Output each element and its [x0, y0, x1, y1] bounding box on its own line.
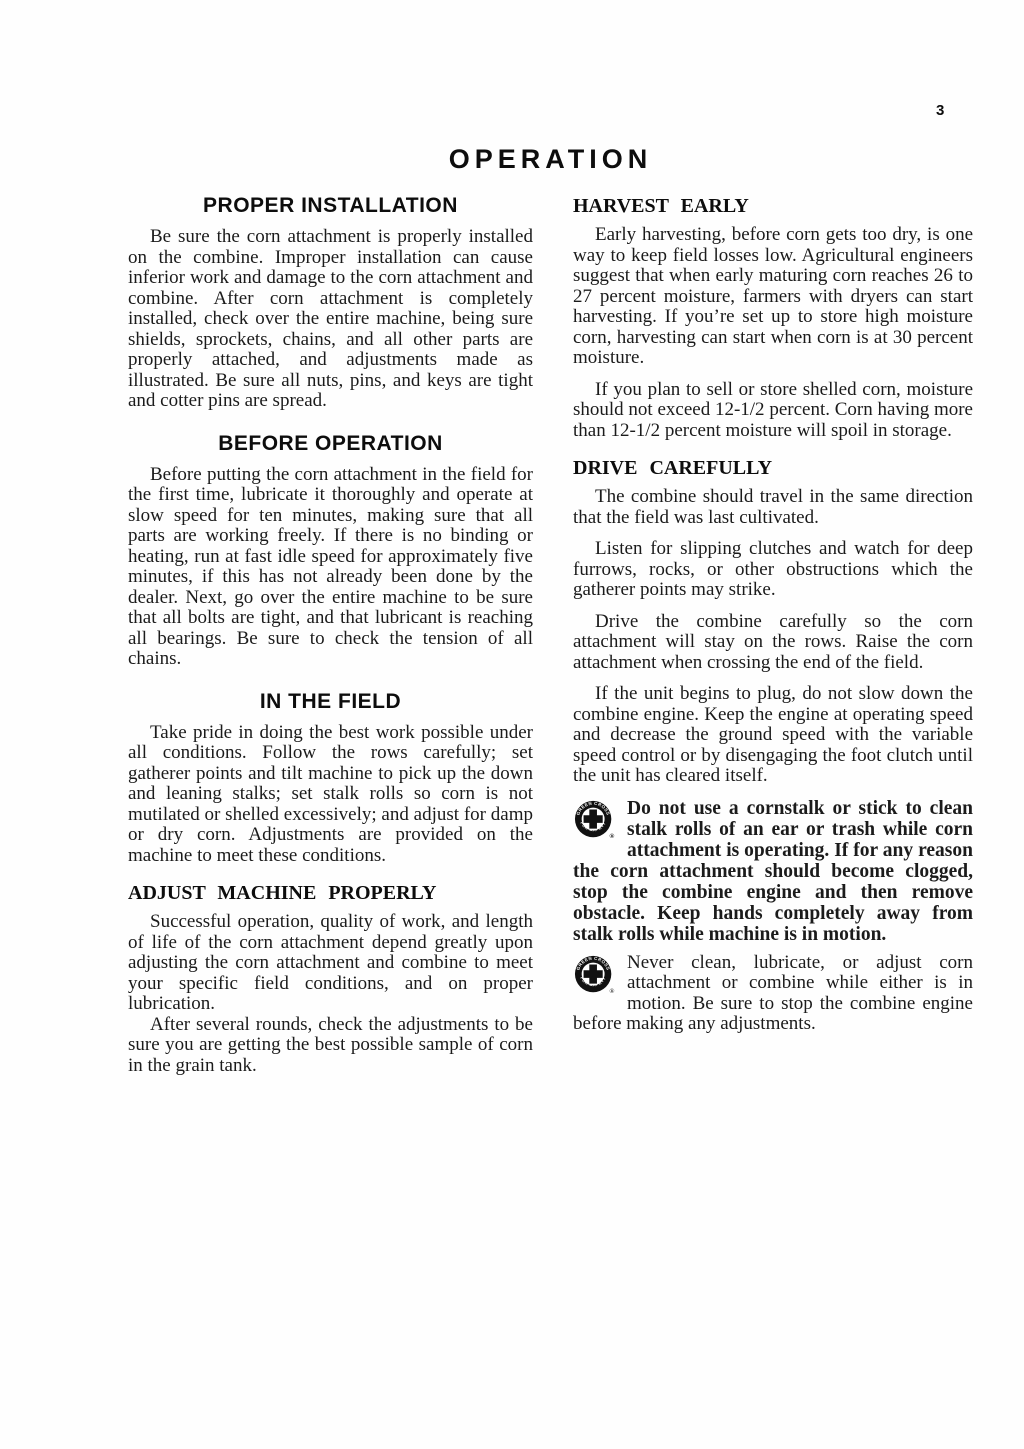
paragraph: If you plan to sell or store shelled cor…	[573, 380, 973, 442]
section-heading-before-operation: BEFORE OPERATION	[128, 432, 533, 456]
paragraph: Early harvesting, before corn gets too d…	[573, 225, 973, 369]
paragraph: Take pride in doing the best work possib…	[128, 723, 533, 867]
right-column: HARVEST EARLY Early harvesting, before c…	[573, 190, 973, 1076]
safety-note: GREEN CROSS FOR SAFETY ® Do not use a co…	[573, 798, 973, 945]
paragraph: After several rounds, check the adjustme…	[128, 1015, 533, 1077]
safety-note: GREEN CROSS FOR SAFETY ® Never clean, lu…	[573, 953, 973, 1035]
section-heading-harvest-early: HARVEST EARLY	[573, 195, 973, 218]
paragraph: Successful operation, quality of work, a…	[128, 912, 533, 1015]
left-column: PROPER INSTALLATION Be sure the corn att…	[128, 190, 533, 1076]
paragraph: If the unit begins to plug, do not slow …	[573, 684, 973, 787]
manual-page: 3 OPERATION PROPER INSTALLATION Be sure …	[0, 0, 1024, 1449]
registered-mark: ®	[609, 833, 614, 840]
section-heading-drive-carefully: DRIVE CAREFULLY	[573, 457, 973, 480]
green-cross-for-safety-icon: GREEN CROSS FOR SAFETY ®	[573, 953, 627, 1011]
two-column-layout: PROPER INSTALLATION Be sure the corn att…	[128, 190, 973, 1076]
safety-note-text: Never clean, lubricate, or adjust corn a…	[573, 952, 973, 1035]
paragraph: Be sure the corn attachment is properly …	[128, 227, 533, 412]
paragraph: Drive the combine carefully so the corn …	[573, 612, 973, 674]
paragraph: Listen for slipping clutches and watch f…	[573, 539, 973, 601]
section-heading-in-the-field: IN THE FIELD	[128, 690, 533, 714]
green-cross-for-safety-icon: GREEN CROSS FOR SAFETY ®	[573, 798, 627, 856]
paragraph: Before putting the corn attachment in th…	[128, 465, 533, 670]
section-heading-proper-installation: PROPER INSTALLATION	[128, 194, 533, 218]
registered-mark: ®	[609, 988, 614, 995]
safety-note-text: Do not use a cornstalk or stick to clean…	[573, 798, 973, 945]
section-heading-adjust-machine-properly: ADJUST MACHINE PROPERLY	[128, 882, 533, 905]
page-number: 3	[936, 102, 944, 119]
page-title: OPERATION	[128, 144, 973, 175]
paragraph: The combine should travel in the same di…	[573, 487, 973, 528]
